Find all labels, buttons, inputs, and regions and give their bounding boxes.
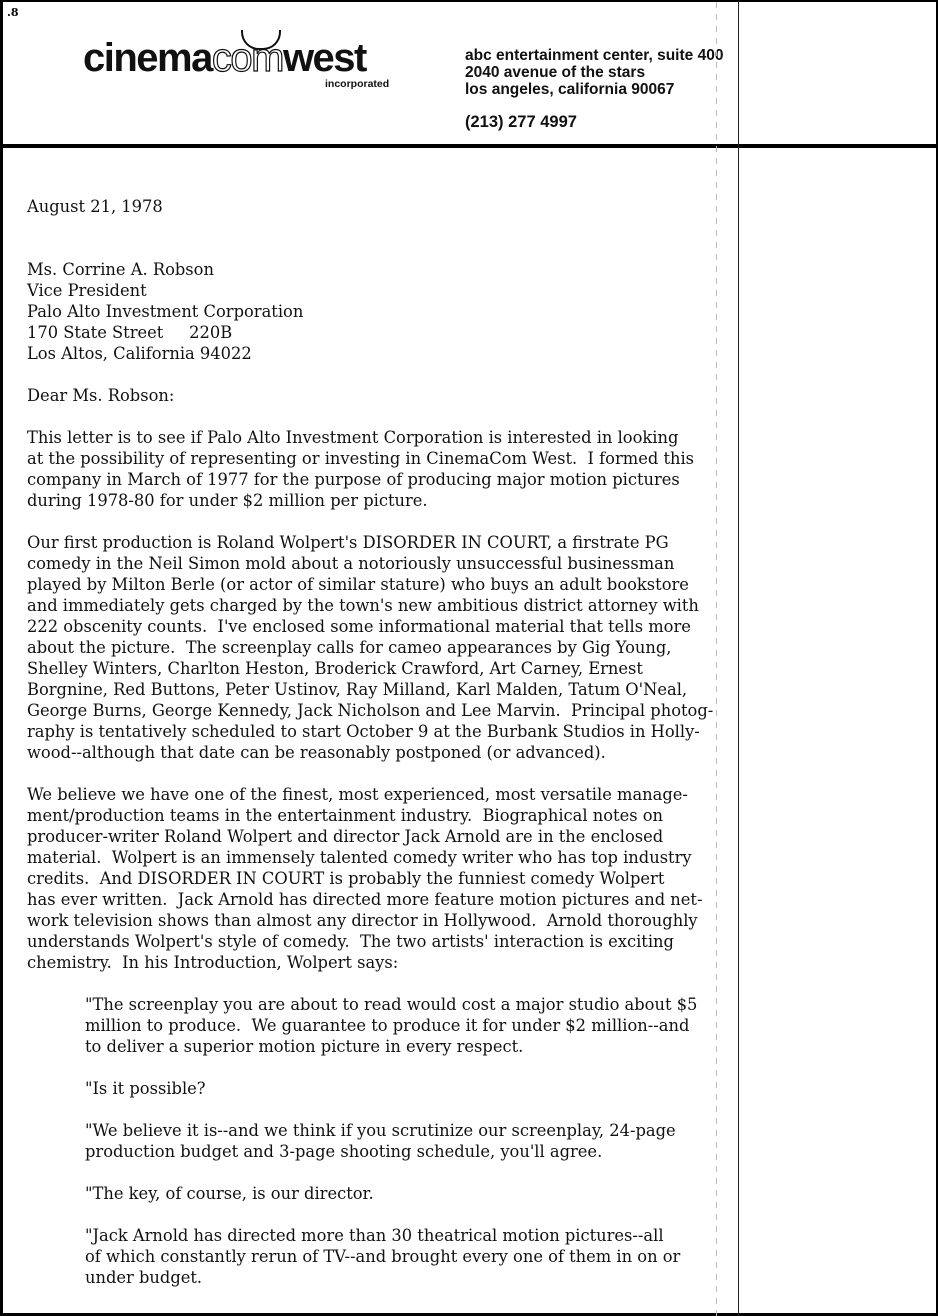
letter-page: .8 cinemacomwest incorporated abc entert… [0,0,938,1316]
recipient-block: Ms. Corrine A. Robson Vice President Pal… [27,259,927,364]
logo-part-west: west [283,36,366,80]
quote-line: under budget. [85,1267,927,1288]
scan-artifact-line [738,2,739,1316]
text-line: We believe we have one of the finest, mo… [27,784,927,805]
text-line: company in March of 1977 for the purpose… [27,469,927,490]
quote-line: "The key, of course, is our director. [85,1183,927,1204]
quote-line: "Is it possible? [85,1078,927,1099]
letter-body: August 21, 1978 Ms. Corrine A. Robson Vi… [27,196,927,1288]
text-line: George Burns, George Kennedy, Jack Nicho… [27,700,927,721]
paragraph-1: This letter is to see if Palo Alto Inves… [27,427,927,511]
text-line: has ever written. Jack Arnold has direct… [27,889,927,910]
text-line: chemistry. In his Introduction, Wolpert … [27,952,927,973]
quote-line: production budget and 3-page shooting sc… [85,1141,927,1162]
text-line: Borgnine, Red Buttons, Peter Ustinov, Ra… [27,679,927,700]
text-line: ment/production teams in the entertainme… [27,805,927,826]
text-line: Shelley Winters, Charlton Heston, Broder… [27,658,927,679]
text-line: This letter is to see if Palo Alto Inves… [27,427,927,448]
text-line: work television shows than almost any di… [27,910,927,931]
quote-3: "We believe it is--and we think if you s… [27,1120,927,1162]
letterhead-address: abc entertainment center, suite 400 2040… [465,47,723,98]
text-line: producer-writer Roland Wolpert and direc… [27,826,927,847]
quote-5: "Jack Arnold has directed more than 30 t… [27,1225,927,1288]
text-line: material. Wolpert is an immensely talent… [27,847,927,868]
paragraph-3: We believe we have one of the finest, mo… [27,784,927,973]
quote-2: "Is it possible? [27,1078,927,1099]
address-line: 2040 avenue of the stars [465,64,723,81]
logo-part-cinema: cinema [83,36,212,80]
letterhead-phone: (213) 277 4997 [465,113,577,132]
quote-line: "We believe it is--and we think if you s… [85,1120,927,1141]
text-line: comedy in the Neil Simon mold about a no… [27,553,927,574]
salutation: Dear Ms. Robson: [27,385,927,406]
quote-line: to deliver a superior motion picture in … [85,1036,927,1057]
quote-line: "Jack Arnold has directed more than 30 t… [85,1225,927,1246]
quote-line: million to produce. We guarantee to prod… [85,1015,927,1036]
text-line: wood--although that date can be reasonab… [27,742,927,763]
paragraph-2: Our first production is Roland Wolpert's… [27,532,927,763]
text-line: Our first production is Roland Wolpert's… [27,532,927,553]
text-line: credits. And DISORDER IN COURT is probab… [27,868,927,889]
scan-artifact-faint [716,2,717,1316]
quote-line: "The screenplay you are about to read wo… [85,994,927,1015]
text-line: and immediately gets charged by the town… [27,595,927,616]
text-line: about the picture. The screenplay calls … [27,637,927,658]
address-line: los angeles, california 90067 [465,81,723,98]
text-line: 222 obscenity counts. I've enclosed some… [27,616,927,637]
recipient-line: Palo Alto Investment Corporation [27,301,927,322]
recipient-line: Vice President [27,280,927,301]
company-logo: cinemacomwest [83,38,366,78]
letter-date: August 21, 1978 [27,196,927,217]
corner-mark: .8 [7,6,18,19]
header-divider [3,144,936,148]
text-line: understands Wolpert's style of comedy. T… [27,931,927,952]
text-line: raphy is tentatively scheduled to start … [27,721,927,742]
text-line: played by Milton Berle (or actor of simi… [27,574,927,595]
recipient-line: Los Altos, California 94022 [27,343,927,364]
text-line: at the possibility of representing or in… [27,448,927,469]
quote-4: "The key, of course, is our director. [27,1183,927,1204]
recipient-line: Ms. Corrine A. Robson [27,259,927,280]
recipient-line: 170 State Street 220B [27,322,927,343]
logo-incorporated: incorporated [325,78,389,90]
address-line: abc entertainment center, suite 400 [465,47,723,64]
quote-1: "The screenplay you are about to read wo… [27,994,927,1057]
quote-line: of which constantly rerun of TV--and bro… [85,1246,927,1267]
text-line: during 1978-80 for under $2 million per … [27,490,927,511]
